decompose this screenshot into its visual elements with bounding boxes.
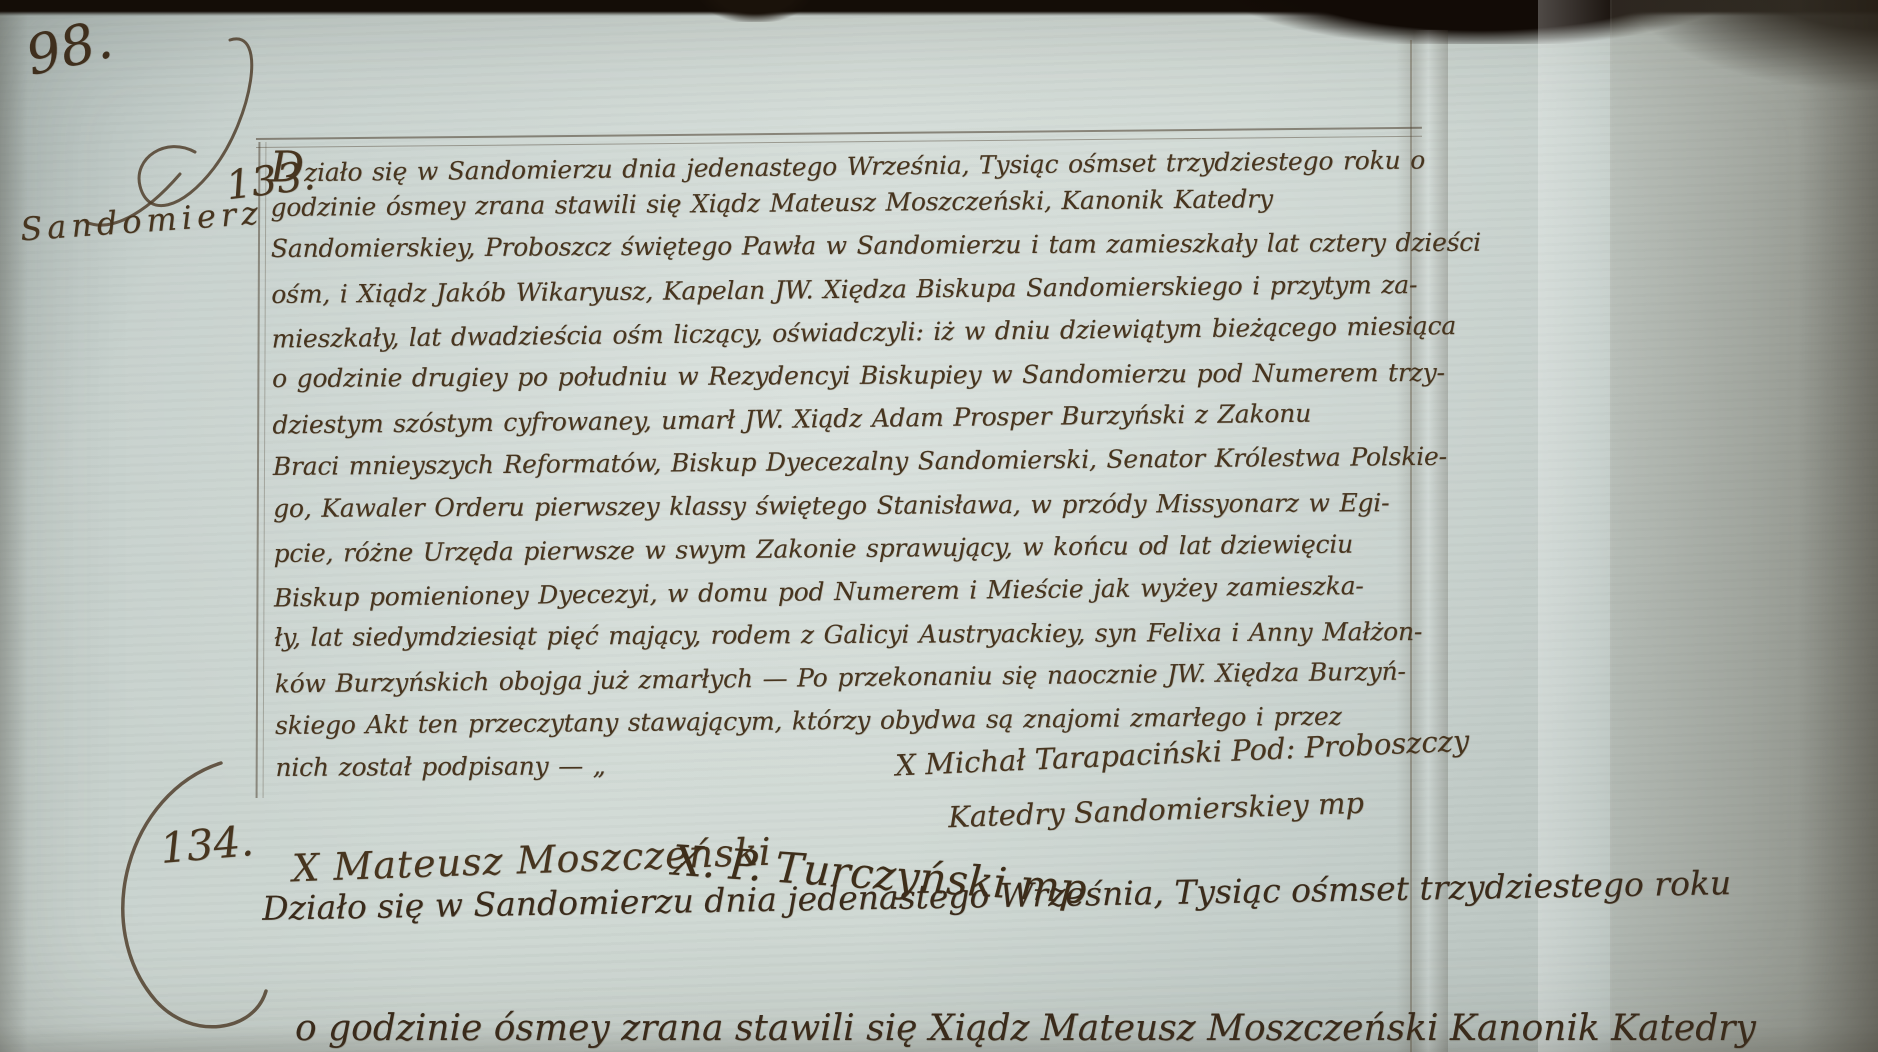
binding-shadow-notch: [700, 0, 810, 22]
entry-number-134: 134.: [158, 816, 255, 873]
record-entry-133: Działo się w Sandomierzu dnia jedenasteg…: [270, 140, 1426, 798]
scanned-register-page: 98. Sandomierz 133. Działo się w Sandomi…: [0, 0, 1878, 1052]
record-line: Sandomierskiey, Proboszcz świętego Pawła…: [271, 228, 1421, 277]
flourish-stroke: [123, 763, 266, 1027]
record-entry-134-line2-partial: o godzinie ósmey zrana stawili się Xiądz…: [295, 1008, 1756, 1049]
record-line: go, Kawaler Orderu pierwszey klassy świę…: [273, 487, 1423, 536]
